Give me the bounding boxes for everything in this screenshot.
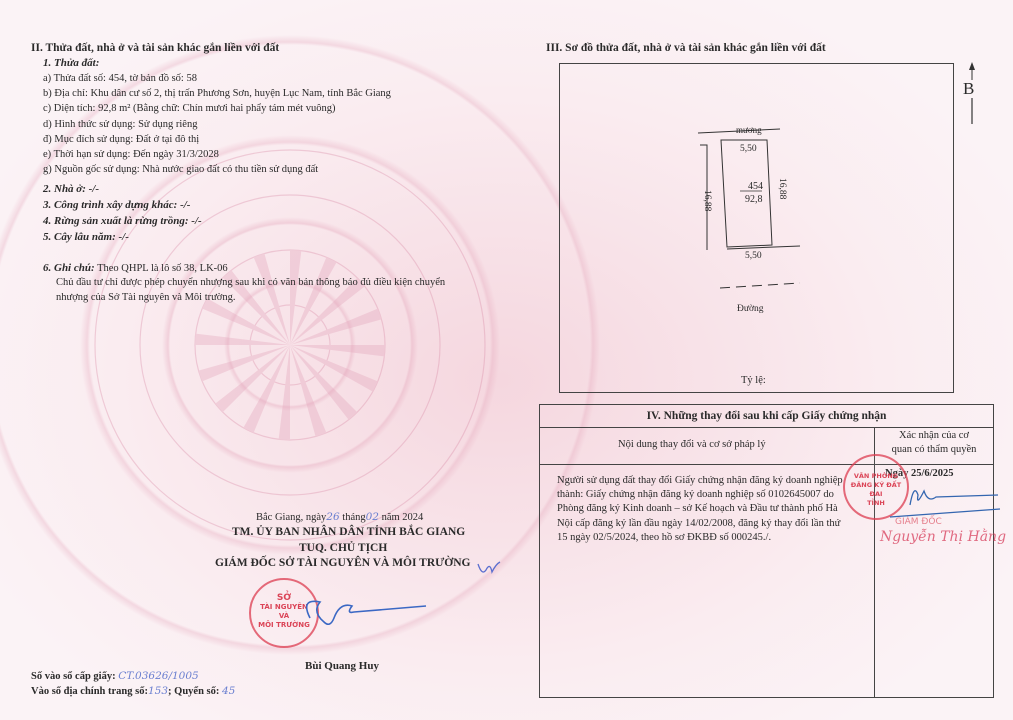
- confirmation-signer: Nguyễn Thị Hằng: [880, 529, 1006, 545]
- asset-item: 5. Cây lâu năm: -/-: [43, 231, 129, 243]
- plot-top-width: 5,50: [740, 144, 757, 154]
- land-detail-line: b) Địa chỉ: Khu dân cư số 2, thị trấn Ph…: [43, 88, 391, 99]
- land-detail-line: đ) Mục đích sử dụng: Đất ở tại đô thị: [43, 134, 199, 145]
- col-confirmation-header: Xác nhận của cơ quan có thẩm quyền: [875, 429, 993, 457]
- note-line-1: Chủ đầu tư chỉ được phép chuyển nhượng s…: [56, 277, 445, 288]
- change-line: Phòng đăng ký Kinh doanh – sở Kế hoạch v…: [557, 503, 838, 514]
- note-text: Theo QHPL là lô số 38, LK-06: [95, 263, 228, 274]
- changes-table: IV. Những thay đổi sau khi cấp Giấy chứn…: [539, 404, 994, 698]
- parcel-number: 454: [748, 181, 763, 192]
- cert-registry: Số vào sổ cấp giấy: CT.03626/1005: [31, 670, 199, 682]
- section-iv-title: IV. Những thay đổi sau khi cấp Giấy chứn…: [540, 405, 993, 428]
- plot-bottom-width: 5,50: [745, 251, 762, 261]
- land-detail-line: a) Thửa đất số: 454, tờ bản đồ số: 58: [43, 73, 197, 84]
- north-label: B: [963, 79, 974, 99]
- plot-right-length: 16,88: [777, 178, 787, 199]
- asset-item: 2. Nhà ở: -/-: [43, 183, 99, 195]
- page-number: 153: [148, 685, 168, 697]
- scale-label: Tỷ lệ:: [741, 375, 766, 386]
- note-label: 6. Ghi chú:: [43, 262, 95, 274]
- change-line: Nội cấp đăng ký lần đầu ngày 14/02/2008,…: [557, 518, 840, 529]
- cert-number: CT.03626/1005: [118, 670, 199, 682]
- confirmation-signature: [880, 475, 1005, 520]
- change-line: 15 ngày 02/5/2024, theo hồ sơ ĐKBĐ số 00…: [557, 532, 771, 543]
- plot-left-length: 16,88: [702, 190, 712, 211]
- asset-item: 4. Rừng sản xuất là rừng trồng: -/-: [43, 215, 202, 227]
- land-heading: 1. Thửa đất:: [43, 57, 99, 69]
- authority-line-2: TUQ. CHỦ TỊCH: [299, 542, 387, 554]
- land-detail-line: e) Thời hạn sử dụng: Đến ngày 31/3/2028: [43, 149, 219, 160]
- parcel-area: 92,8: [745, 194, 763, 205]
- note-line-2: nhượng của Sở Tài nguyên và Môi trường.: [56, 292, 236, 303]
- plot-top-boundary-label: mương: [736, 125, 762, 135]
- col-changes-header: Nội dung thay đổi và cơ sở pháp lý: [618, 439, 766, 450]
- signer-name: Bùi Quang Huy: [305, 660, 379, 672]
- place-date: Bắc Giang, ngày26 tháng02 năm 2024: [256, 511, 423, 523]
- note-line: 6. Ghi chú: Theo QHPL là lô số 38, LK-06: [43, 262, 228, 274]
- road-label: Đường: [737, 304, 764, 314]
- land-detail-line: d) Hình thức sử dụng: Sử dụng riêng: [43, 119, 197, 130]
- change-line: thành: Giấy chứng nhận đăng ký doanh ngh…: [557, 489, 834, 500]
- land-detail-line: g) Nguồn gốc sử dụng: Nhà nước giao đất …: [43, 164, 318, 175]
- plot-sketch: [690, 125, 820, 325]
- volume-number: 45: [222, 685, 235, 697]
- initial-mark: [476, 560, 502, 578]
- table-header-row: Nội dung thay đổi và cơ sở pháp lý Xác n…: [540, 427, 993, 465]
- section-iii-title: III. Sơ đồ thửa đất, nhà ở và tài sản kh…: [546, 42, 826, 54]
- land-detail-line: c) Diện tích: 92,8 m² (Bằng chữ: Chín mư…: [43, 103, 335, 114]
- asset-item: 3. Công trình xây dựng khác: -/-: [43, 199, 190, 211]
- handwritten-month: 02: [366, 511, 379, 523]
- cadastral-registry: Vào sổ địa chính trang số:153; Quyển số:…: [31, 685, 235, 697]
- change-line: Người sử dụng đất thay đổi Giấy chứng nh…: [557, 475, 843, 486]
- section-ii-title: II. Thửa đất, nhà ở và tài sản khác gắn …: [31, 42, 279, 54]
- authority-line-1: TM. ỦY BAN NHÂN DÂN TỈNH BẮC GIANG: [232, 526, 465, 538]
- signature: [290, 588, 430, 638]
- authority-line-3: GIÁM ĐỐC SỞ TÀI NGUYÊN VÀ MÔI TRƯỜNG: [215, 557, 470, 569]
- handwritten-day: 26: [326, 511, 339, 523]
